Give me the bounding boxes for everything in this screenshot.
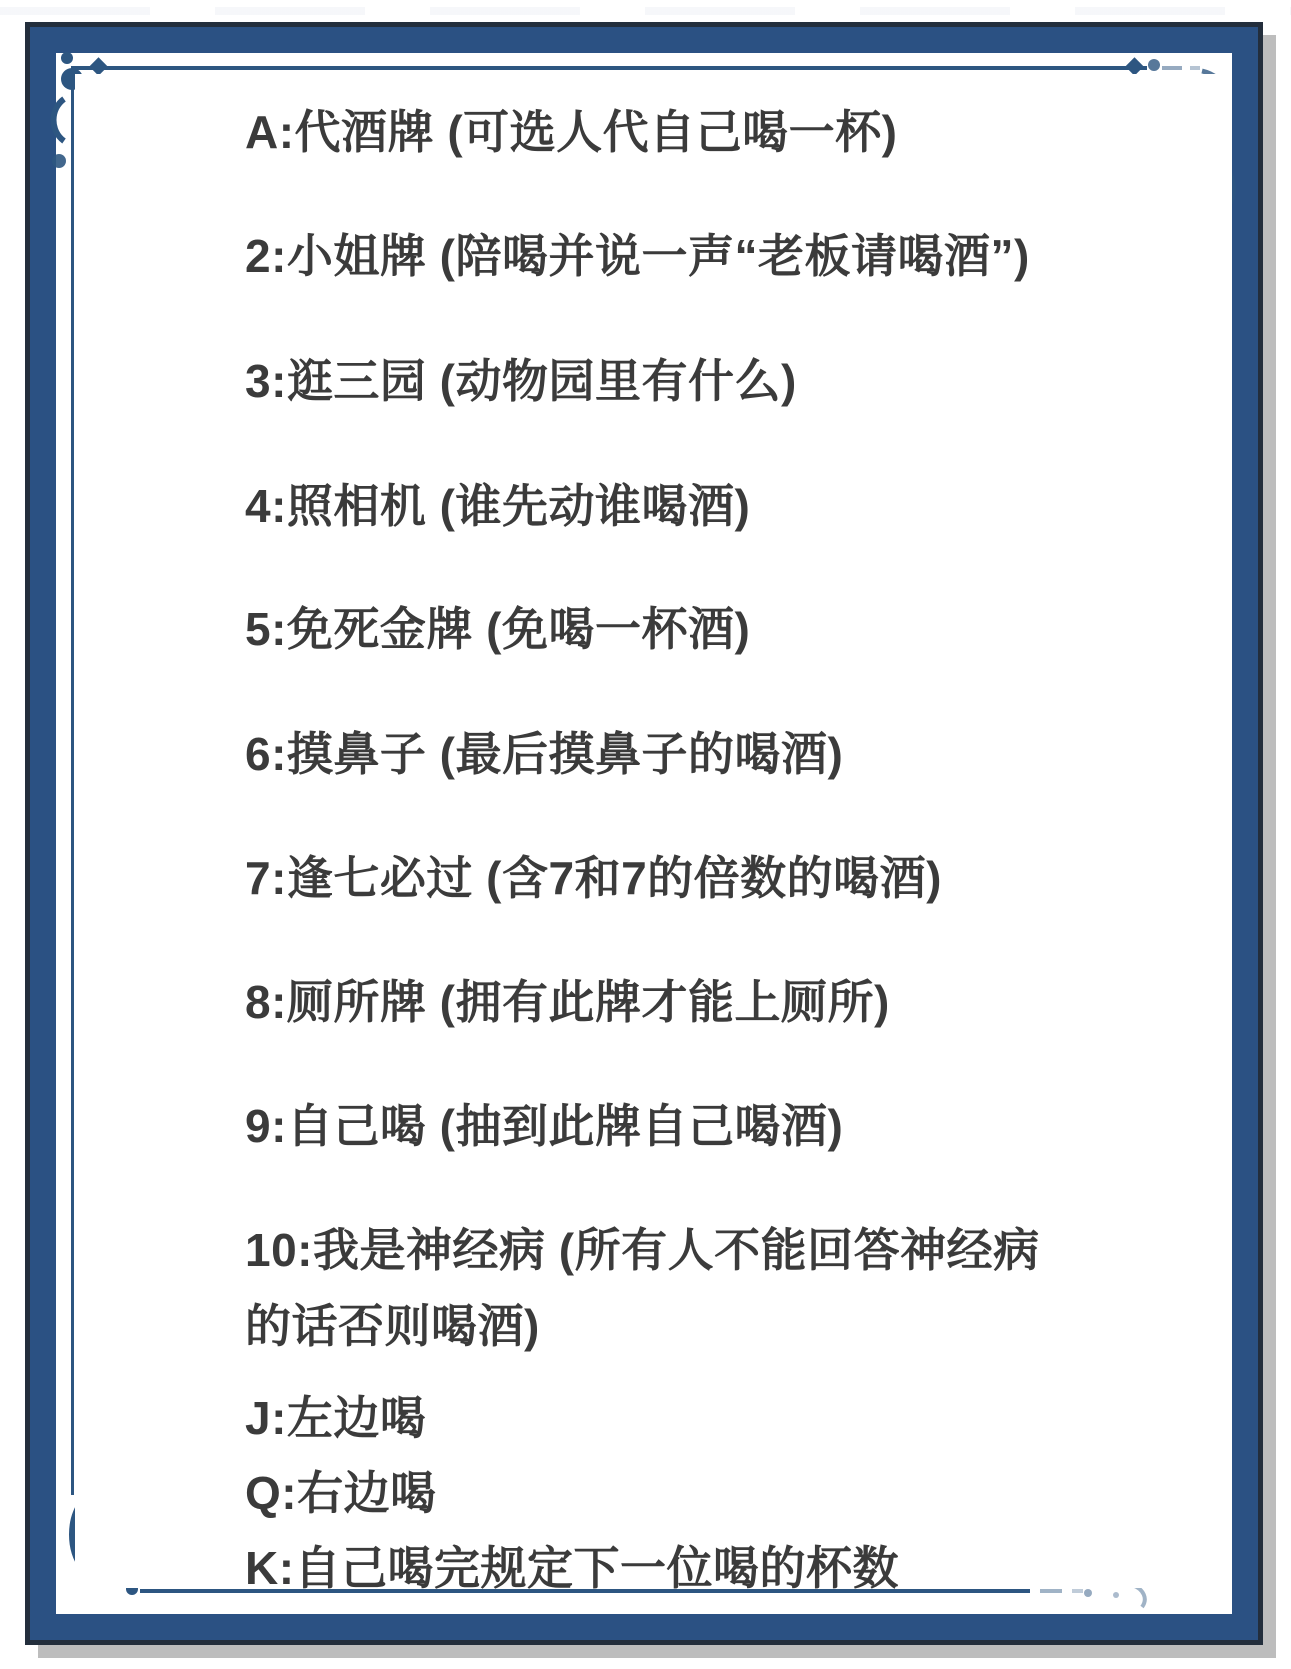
rule-line-K: K:自己喝完规定下一位喝的杯数 (245, 1532, 899, 1598)
rule-line-3: 3:逛三园 (动物园里有什么) (245, 345, 797, 411)
rule-line-6: 6:摸鼻子 (最后摸鼻子的喝酒) (245, 718, 843, 784)
rule-line-J: J:左边喝 (245, 1382, 426, 1448)
rule-line-5: 5:免死金牌 (免喝一杯酒) (245, 593, 750, 659)
rule-line-2: 2:小姐牌 (陪喝并说一声“老板请喝酒”) (245, 220, 1030, 286)
rule-line-10-wrap: 的话否则喝酒) (245, 1290, 540, 1356)
rule-line-Q: Q:右边喝 (245, 1457, 437, 1523)
inner-frame-left-line (71, 69, 74, 1495)
inner-frame-top-line (71, 66, 1147, 70)
rule-line-4: 4:照相机 (谁先动谁喝酒) (245, 470, 750, 536)
outer-blue-frame: A:代酒牌 (可选人代自己喝一杯) 2:小姐牌 (陪喝并说一声“老板请喝酒”) … (30, 27, 1258, 1640)
top-cropped-pattern (0, 7, 1291, 15)
rule-line-9: 9:自己喝 (抽到此牌自己喝酒) (245, 1090, 843, 1156)
rules-text-panel: A:代酒牌 (可选人代自己喝一杯) 2:小姐牌 (陪喝并说一声“老板请喝酒”) … (75, 74, 1232, 1588)
rule-line-A: A:代酒牌 (可选人代自己喝一杯) (245, 96, 897, 162)
poster-background: A:代酒牌 (可选人代自己喝一杯) 2:小姐牌 (陪喝并说一声“老板请喝酒”) … (0, 0, 1291, 1669)
rule-line-8: 8:厕所牌 (拥有此牌才能上厕所) (245, 966, 890, 1032)
rule-line-10: 10:我是神经病 (所有人不能回答神经病 (245, 1214, 1040, 1280)
rule-line-7: 7:逢七必过 (含7和7的倍数的喝酒) (245, 842, 942, 908)
